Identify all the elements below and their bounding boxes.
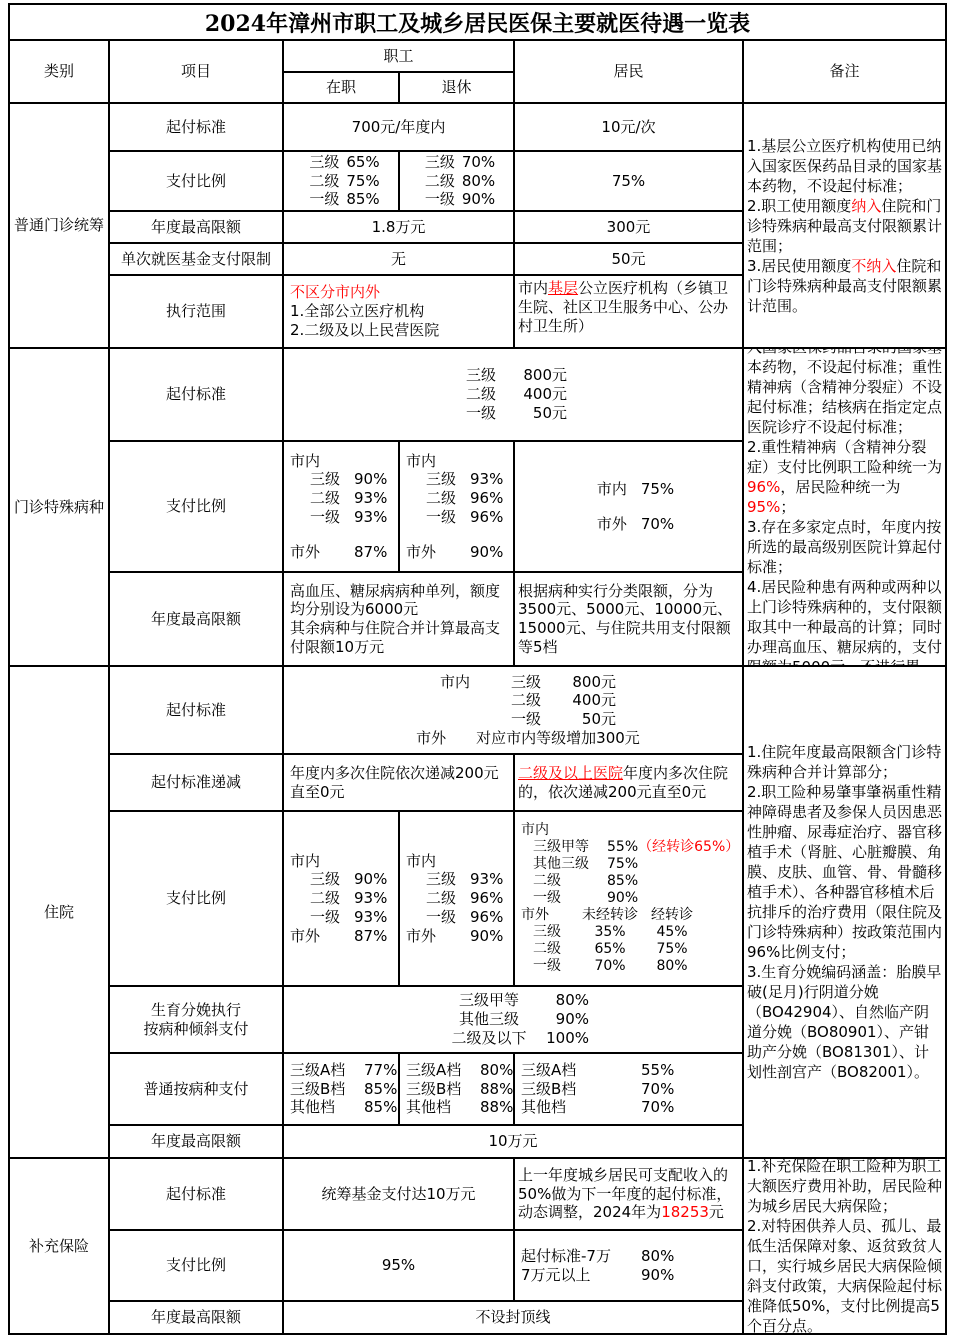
note-item: 1.补充保险在职工险种为职工大额医疗费用补助，居民险种为城乡居民大病保险； bbox=[747, 1159, 942, 1216]
s2-zf-ret: 市内 三级93% 二级96% 一级96% 市外90% bbox=[400, 442, 513, 571]
note-item: 2.职工险种易肇事肇祸重性精神障碍患者及参保人员因患恶性肿瘤、尿毒症治疗、器官移… bbox=[747, 782, 942, 962]
rate-line: 三级A档55% bbox=[521, 1061, 674, 1080]
rate-line: 二级93% bbox=[290, 489, 387, 508]
s1-category-cell: 普通门诊统筹 bbox=[10, 104, 108, 347]
s3-di-emp: 年度内多次住院依次递减200元直至0元 bbox=[284, 755, 513, 810]
s3-pt-ret: 三级A档80% 三级B档88% 其他档88% bbox=[400, 1054, 513, 1124]
rate-line: 二级96% bbox=[406, 489, 503, 508]
deductible-line: 一级50元 bbox=[459, 404, 567, 423]
rate-line: 三级70% bbox=[418, 153, 495, 172]
s3-pt-label: 普通按病种支付 bbox=[110, 1054, 282, 1124]
s1-zf-ret: 三级70% 二级80% 一级90% bbox=[400, 152, 513, 210]
s3-di-res: 二级及以上医院年度内多次住院的，依次递减200元直至0元 bbox=[515, 755, 742, 810]
rate-line: 三级B档88% bbox=[406, 1080, 513, 1099]
header-active: 在职 bbox=[284, 73, 398, 102]
s2-qf-all: 三级800元 二级400元 一级50元 bbox=[284, 349, 742, 440]
s3-di-label: 起付标准递减 bbox=[110, 755, 282, 810]
s2-note: 1.基层公立医疗机构使用已纳入国家医保药品目录的国家基本药物，不设起付标准；重性… bbox=[744, 349, 945, 665]
deductible-line: 二级400元 bbox=[459, 385, 567, 404]
deductible-line: 一级50元 bbox=[410, 710, 616, 729]
s4-zf-label: 支付比例 bbox=[110, 1231, 282, 1300]
header-employee: 职工 bbox=[284, 41, 513, 71]
s1-fw-res: 市内基层公立医疗机构（乡镇卫生院、社区卫生服务中心、公办村卫生所） bbox=[515, 276, 742, 347]
header-retired: 退休 bbox=[400, 73, 513, 102]
s3-xe-all: 10万元 bbox=[284, 1126, 742, 1157]
s3-zf-act: 市内 三级90% 二级93% 一级93% 市外87% bbox=[284, 812, 398, 985]
s4-xe-label: 年度最高限额 bbox=[110, 1302, 282, 1333]
header-category: 类别 bbox=[10, 41, 108, 102]
header-note: 备注 bbox=[744, 41, 945, 102]
rate-line: 二级96% bbox=[406, 889, 503, 908]
rate-line: 三级A档77% bbox=[290, 1061, 397, 1080]
rate-line: 其他档70% bbox=[521, 1098, 674, 1117]
s1-note: 1.基层公立医疗机构使用已纳入国家医保药品目录的国家基本药物，不设起付标准； 2… bbox=[744, 104, 945, 347]
in-city-label: 市内 bbox=[290, 452, 320, 471]
s1-zf-res: 75% bbox=[515, 152, 742, 210]
s2-xe-label: 年度最高限额 bbox=[110, 573, 282, 665]
s2-qf-label: 起付标准 bbox=[110, 349, 282, 440]
note-item: 3.存在多家定点时，年度内按所选的最高级别医院计算起付标准； bbox=[747, 517, 942, 577]
limit-text: 其余病种与住院合并计算最高支付限额10万元 bbox=[290, 619, 510, 657]
note-item: 1.基层公立医疗机构使用已纳入国家医保药品目录的国家基本药物，不设起付标准； bbox=[747, 136, 942, 196]
note-item: 3.生育分娩编码涵盖：胎膜早破(足月)行阴道分娩（BO42904）、自然临产阴道… bbox=[747, 962, 942, 1082]
s1-dc-emp: 无 bbox=[284, 244, 513, 274]
s2-zf-res: 市内75% 市外70% bbox=[515, 442, 742, 571]
rate-line: 三级65% bbox=[302, 153, 379, 172]
rate-line: 二级93% bbox=[290, 889, 387, 908]
note-item: 4.居民险种患有两种或两种以上门诊特殊病种的，支付限额取其中一种最高的计算；同时… bbox=[747, 577, 942, 665]
s3-pt-res: 三级A档55% 三级B档70% 其他档70% bbox=[515, 1054, 742, 1124]
rate-line: 市外70% bbox=[583, 515, 674, 534]
rate-line: 其他档88% bbox=[406, 1098, 513, 1117]
header-resident: 居民 bbox=[515, 41, 742, 102]
s4-note: 1.补充保险在职工险种为职工大额医疗费用补助，居民险种为城乡居民大病保险； 2.… bbox=[744, 1159, 945, 1333]
rate-line: 其他三级75% bbox=[521, 856, 638, 873]
s4-xe-all: 不设封顶线 bbox=[284, 1302, 742, 1333]
rate-line: 三级B档70% bbox=[521, 1080, 674, 1099]
rate-line: 二级80% bbox=[418, 172, 495, 191]
s1-fw-emp-line1: 1.全部公立医疗机构 bbox=[290, 302, 424, 321]
spreadsheet-page: 2024年漳州市职工及城乡居民医保主要就医待遇一览表 类别 项目 职工 在职 退… bbox=[0, 0, 955, 1341]
rate-line: 二级75% bbox=[302, 172, 379, 191]
s1-xe-res: 300元 bbox=[515, 212, 742, 242]
rate-line: 三级甲等80% bbox=[437, 991, 589, 1010]
out-city-line: 市外90% bbox=[406, 543, 503, 562]
s2-zf-act: 市内 三级90% 二级93% 一级93% 市外87% bbox=[284, 442, 398, 571]
rate-line: 一级90% bbox=[521, 890, 638, 907]
header-item: 项目 bbox=[110, 41, 282, 102]
rate-line: 一级93% bbox=[290, 508, 387, 527]
benefits-table: 2024年漳州市职工及城乡居民医保主要就医待遇一览表 类别 项目 职工 在职 退… bbox=[8, 3, 947, 1335]
limit-text: 高血压、糖尿病病种单列，额度均分别设为6000元 bbox=[290, 582, 510, 620]
s3-qf-label: 起付标准 bbox=[110, 667, 282, 753]
rate-line: 其他三级90% bbox=[437, 1010, 589, 1029]
label-line: 按病种倾斜支付 bbox=[143, 1020, 248, 1039]
s3-qf-all: 市内三级800元 二级400元 一级50元 市外对应市内等级增加300元 bbox=[284, 667, 742, 753]
out-city-line: 市外对应市内等级增加300元 bbox=[386, 729, 640, 748]
s1-fw-label: 执行范围 bbox=[110, 276, 282, 347]
s4-zf-res: 起付标准-7万80% 7万元以上90% bbox=[515, 1231, 742, 1300]
deductible-line: 二级400元 bbox=[410, 691, 616, 710]
s3-sy-label: 生育分娩执行 按病种倾斜支付 bbox=[110, 987, 282, 1052]
s3-category-cell: 住院 bbox=[10, 667, 108, 1157]
note-item: 3.居民使用额度不纳入住院和门诊特殊病种最高支付限额累计范围。 bbox=[747, 256, 942, 316]
s3-pt-act: 三级A档77% 三级B档85% 其他档85% bbox=[284, 1054, 398, 1124]
rate-line: 其他档85% bbox=[290, 1098, 397, 1117]
deductible-text: 上一年度城乡居民可支配收入的50%做为下一年度的起付标准，动态调整，2024年为… bbox=[518, 1166, 739, 1222]
s1-fw-emp-highlight: 不区分市内外 bbox=[290, 283, 380, 302]
out-city-rate-line: 二级65%75% bbox=[521, 941, 701, 958]
note-item: 2.职工使用额度纳入住院和门诊特殊病种最高支付限额累计范围； bbox=[747, 196, 942, 256]
s2-category-cell: 门诊特殊病种 bbox=[10, 349, 108, 665]
rate-line: 一级96% bbox=[406, 508, 503, 527]
out-city-rate-line: 三级35%45% bbox=[521, 924, 701, 941]
s4-qf-label: 起付标准 bbox=[110, 1159, 282, 1229]
s4-qf-res: 上一年度城乡居民可支配收入的50%做为下一年度的起付标准，动态调整，2024年为… bbox=[515, 1159, 742, 1229]
s1-qf-label: 起付标准 bbox=[110, 104, 282, 150]
s1-fw-res-text: 市内基层公立医疗机构（乡镇卫生院、社区卫生服务中心、公办村卫生所） bbox=[518, 279, 739, 335]
rate-line: 三级90% bbox=[290, 470, 387, 489]
rate-line: 一级96% bbox=[406, 908, 503, 927]
rate-line: 二级及以下100% bbox=[437, 1029, 589, 1048]
s1-dc-res: 50元 bbox=[515, 244, 742, 274]
s3-zf-label: 支付比例 bbox=[110, 812, 282, 985]
s2-xe-res: 根据病种实行分类限额，分为3500元、5000元、10000元、15000元、与… bbox=[515, 573, 742, 665]
s4-qf-emp: 统筹基金支付达10万元 bbox=[284, 1159, 513, 1229]
rate-line: 三级90% bbox=[290, 870, 387, 889]
label-line: 生育分娩执行 bbox=[151, 1001, 241, 1020]
rate-line: 市内75% bbox=[583, 480, 674, 499]
in-city-label: 市内 bbox=[406, 852, 436, 871]
s1-xe-emp: 1.8万元 bbox=[284, 212, 513, 242]
s2-zf-label: 支付比例 bbox=[110, 442, 282, 571]
in-city-label: 市内 bbox=[521, 822, 549, 839]
decrement-text: 二级及以上医院年度内多次住院的，依次递减200元直至0元 bbox=[518, 764, 739, 802]
s3-xe-label: 年度最高限额 bbox=[110, 1126, 282, 1157]
s1-xe-label: 年度最高限额 bbox=[110, 212, 282, 242]
s1-dc-label: 单次就医基金支付限制 bbox=[110, 244, 282, 274]
note-item: 1.住院年度最高限额含门诊特殊病种合并计算部分； bbox=[747, 742, 942, 782]
rate-line: 一级93% bbox=[290, 908, 387, 927]
s1-zf-act: 三级65% 二级75% 一级85% bbox=[284, 152, 398, 210]
rate-line: 三级A档80% bbox=[406, 1061, 513, 1080]
s1-qf-emp: 700元/年度内 bbox=[284, 104, 513, 150]
in-city-label: 市内 bbox=[290, 852, 320, 871]
rate-line: 二级85% bbox=[521, 873, 638, 890]
rate-line: 三级93% bbox=[406, 470, 503, 489]
s3-sy-all: 三级甲等80% 其他三级90% 二级及以下100% bbox=[284, 987, 742, 1052]
note-item: 1.基层公立医疗机构使用已纳入国家医保药品目录的国家基本药物，不设起付标准；重性… bbox=[747, 349, 942, 437]
limit-text: 根据病种实行分类限额，分为3500元、5000元、10000元、15000元、与… bbox=[518, 582, 739, 657]
s3-zf-ret: 市内 三级93% 二级96% 一级96% 市外90% bbox=[400, 812, 513, 985]
rate-line: 三级甲等55%（经转诊65%） bbox=[521, 839, 739, 856]
s4-zf-emp: 95% bbox=[284, 1231, 513, 1300]
out-city-header: 市外未经转诊经转诊 bbox=[521, 907, 701, 924]
note-item: 2.重性精神病（含精神分裂症）支付比例职工险种统一为96%，居民险种统一为95%… bbox=[747, 437, 942, 517]
out-city-rate-line: 一级70%80% bbox=[521, 958, 701, 975]
table-grid: 类别 项目 职工 在职 退休 居民 备注 普通门诊统筹 起付标准 700元/年度… bbox=[10, 41, 945, 1333]
in-city-label: 市内 bbox=[406, 452, 436, 471]
decrement-text: 年度内多次住院依次递减200元直至0元 bbox=[290, 764, 510, 802]
deductible-line: 市内三级800元 bbox=[410, 673, 616, 692]
s2-xe-emp: 高血压、糖尿病病种单列，额度均分别设为6000元 其余病种与住院合并计算最高支付… bbox=[284, 573, 513, 665]
note-item: 2.对特困供养人员、孤儿、最低生活保障对象、返贫致贫人口，实行城乡居民大病保险倾… bbox=[747, 1216, 942, 1333]
rate-line: 一级90% bbox=[418, 190, 495, 209]
rate-line: 三级93% bbox=[406, 870, 503, 889]
rate-line: 7万元以上90% bbox=[521, 1266, 674, 1285]
out-city-line: 市外87% bbox=[290, 927, 387, 946]
s1-zf-label: 支付比例 bbox=[110, 152, 282, 210]
s1-fw-emp: 不区分市内外 1.全部公立医疗机构 2.二级及以上民营医院 bbox=[284, 276, 513, 347]
out-city-line: 市外87% bbox=[290, 543, 387, 562]
deductible-line: 三级800元 bbox=[459, 366, 567, 385]
rate-line: 一级85% bbox=[302, 190, 379, 209]
rate-line: 三级B档85% bbox=[290, 1080, 397, 1099]
out-city-line: 市外90% bbox=[406, 927, 503, 946]
s3-zf-res: 市内 三级甲等55%（经转诊65%） 其他三级75% 二级85% 一级90% 市… bbox=[515, 812, 742, 985]
s4-category-cell: 补充保险 bbox=[10, 1159, 108, 1333]
s1-qf-res: 10元/次 bbox=[515, 104, 742, 150]
page-title: 2024年漳州市职工及城乡居民医保主要就医待遇一览表 bbox=[10, 5, 945, 41]
rate-line: 起付标准-7万80% bbox=[521, 1247, 674, 1266]
s1-fw-emp-line2: 2.二级及以上民营医院 bbox=[290, 321, 439, 340]
s3-note: 1.住院年度最高限额含门诊特殊病种合并计算部分； 2.职工险种易肇事肇祸重性精神… bbox=[744, 667, 945, 1157]
